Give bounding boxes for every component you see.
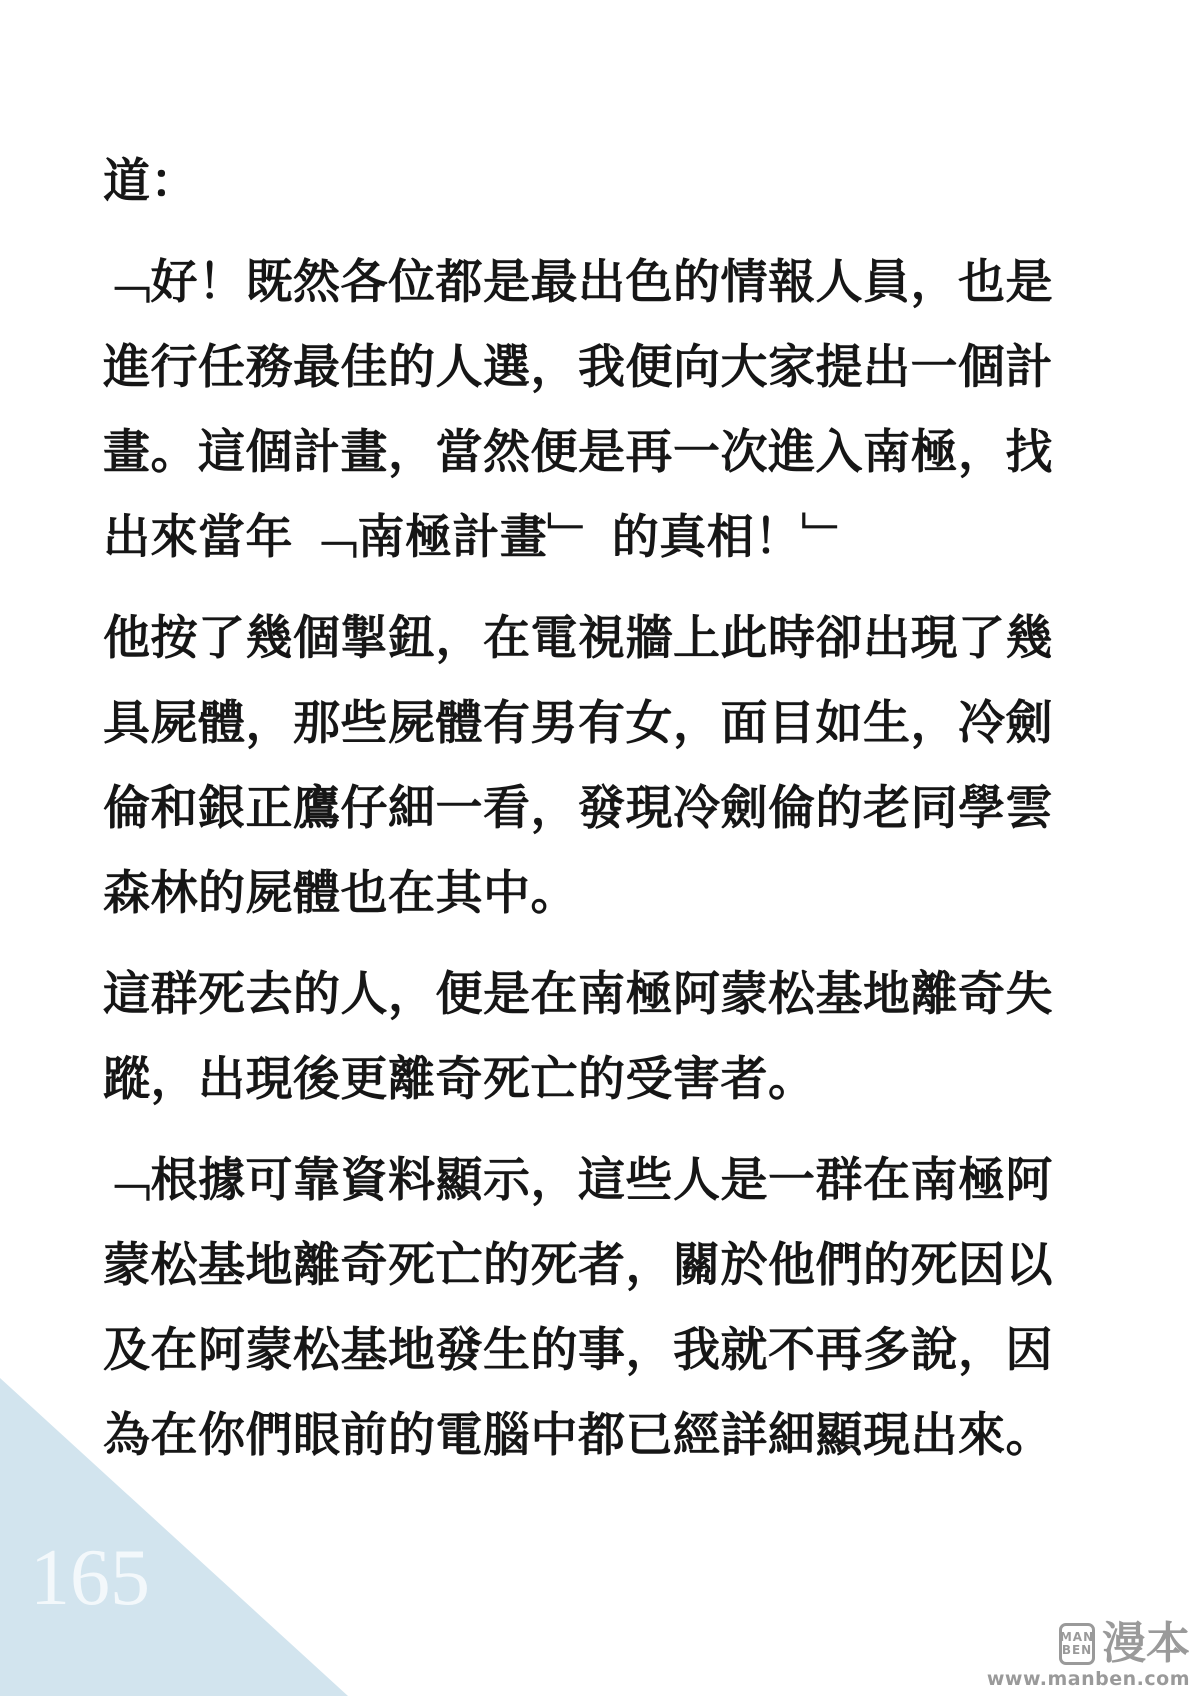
watermark-logo: MAN BEN 漫本 www.manben.com: [987, 1622, 1190, 1690]
text-line: 具屍體，那些屍體有男有女，面目如生，冷劍: [103, 681, 1110, 766]
text-line: 畫。這個計畫，當然便是再一次進入南極，找: [103, 410, 1110, 495]
paragraph: ﹁好！既然各位都是最出色的情報人員，也是 進行任務最佳的人選，我便向大家提出一個…: [103, 240, 1110, 580]
logo-text-ben: BEN: [1062, 1644, 1092, 1657]
text-line: 道：: [103, 139, 1110, 224]
paragraph: 他按了幾個掣鈕，在電視牆上此時卻出現了幾 具屍體，那些屍體有男有女，面目如生，冷…: [103, 596, 1110, 936]
text-line: 為在你們眼前的電腦中都已經詳細顯現出來。: [103, 1393, 1110, 1478]
paragraph: 這群死去的人，便是在南極阿蒙松基地離奇失 蹤，出現後更離奇死亡的受害者。: [103, 952, 1110, 1122]
page-number: 165: [30, 1538, 150, 1618]
text-line: 倫和銀正鷹仔細一看，發現冷劍倫的老同學雲: [103, 766, 1110, 851]
text-line: 森林的屍體也在其中。: [103, 851, 1110, 936]
page-text: 道： ﹁好！既然各位都是最出色的情報人員，也是 進行任務最佳的人選，我便向大家提…: [103, 139, 1110, 1494]
text-line: 進行任務最佳的人選，我便向大家提出一個計: [103, 325, 1110, 410]
watermark-url-text: www.manben.com: [987, 1668, 1190, 1690]
text-line: 蹤，出現後更離奇死亡的受害者。: [103, 1037, 1110, 1122]
text-line: ﹁根據可靠資料顯示，這些人是一群在南極阿: [103, 1138, 1110, 1223]
manben-logo-cjk-text: 漫本: [1102, 1622, 1190, 1666]
paragraph: ﹁根據可靠資料顯示，這些人是一群在南極阿 蒙松基地離奇死亡的死者，關於他們的死因…: [103, 1138, 1110, 1478]
book-page: 道： ﹁好！既然各位都是最出色的情報人員，也是 進行任務最佳的人選，我便向大家提…: [0, 0, 1200, 1696]
text-line: ﹁好！既然各位都是最出色的情報人員，也是: [103, 240, 1110, 325]
watermark-logo-row: MAN BEN 漫本: [987, 1622, 1190, 1666]
text-line: 這群死去的人，便是在南極阿蒙松基地離奇失: [103, 952, 1110, 1037]
text-line: 出來當年 ﹁南極計畫﹂ 的真相！﹂: [103, 495, 1110, 580]
text-line: 蒙松基地離奇死亡的死者，關於他們的死因以: [103, 1223, 1110, 1308]
manben-logo-icon: MAN BEN: [1059, 1623, 1095, 1665]
text-line: 及在阿蒙松基地發生的事，我就不再多說，因: [103, 1308, 1110, 1393]
text-line: 他按了幾個掣鈕，在電視牆上此時卻出現了幾: [103, 596, 1110, 681]
paragraph: 道：: [103, 139, 1110, 224]
